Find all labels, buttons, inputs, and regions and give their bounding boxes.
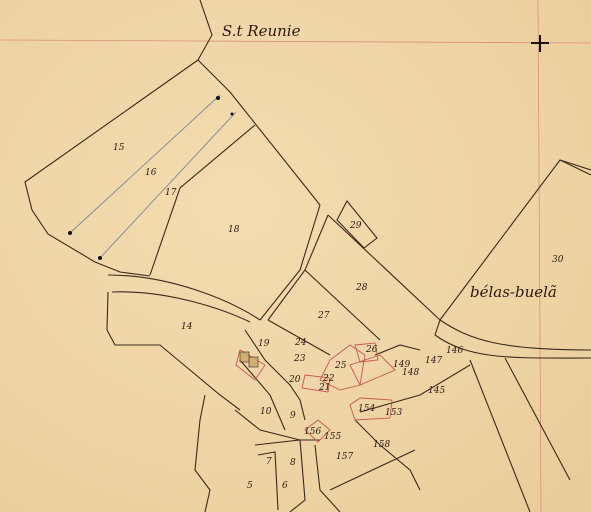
parcel-label[interactable]: 15 — [113, 143, 124, 153]
map-lines — [0, 0, 591, 512]
parcel-label[interactable]: 9 — [290, 411, 296, 421]
parcel-label[interactable]: 23 — [294, 354, 305, 364]
parcel-label[interactable]: 5 — [247, 481, 253, 491]
parcel-label[interactable]: 16 — [145, 168, 156, 178]
parcel-label[interactable]: 29 — [350, 221, 361, 231]
parcel-label[interactable]: 21 — [319, 383, 330, 393]
parcel-label[interactable]: 154 — [358, 404, 375, 414]
cadastral-map[interactable]: S.t Reunie bélas-buelã 15 16 17 18 29 28… — [0, 0, 591, 512]
parcel-label[interactable]: 157 — [336, 452, 353, 462]
parcel-label[interactable]: 20 — [289, 375, 300, 385]
parcel-label[interactable]: 146 — [446, 346, 463, 356]
parcel-label[interactable]: 10 — [260, 407, 271, 417]
parcel-label[interactable]: 8 — [290, 458, 296, 468]
parcel-label[interactable]: 7 — [266, 457, 272, 467]
parcel-label[interactable]: 155 — [324, 432, 341, 442]
parcel-label[interactable]: 153 — [385, 408, 402, 418]
parcel-label[interactable]: 24 — [295, 338, 306, 348]
parcel-label[interactable]: 17 — [165, 188, 176, 198]
parcel-label[interactable]: 26 — [366, 345, 377, 355]
parcel-label[interactable]: 156 — [304, 427, 321, 437]
parcel-label[interactable]: 145 — [428, 386, 445, 396]
parcel-label[interactable]: 14 — [181, 322, 192, 332]
parcel-label[interactable]: 18 — [228, 225, 239, 235]
parcel-label[interactable]: 30 — [552, 255, 563, 265]
parcel-label[interactable]: 149 — [393, 360, 410, 370]
place-name-st-reunie: S.t Reunie — [222, 22, 300, 40]
parcel-label[interactable]: 147 — [425, 356, 442, 366]
parcel-label[interactable]: 25 — [335, 361, 346, 371]
parcel-label[interactable]: 28 — [356, 283, 367, 293]
parcel-label[interactable]: 27 — [318, 311, 329, 321]
parcel-label[interactable]: 19 — [258, 339, 269, 349]
parcel-label[interactable]: 158 — [373, 440, 390, 450]
place-name-belas-buela: bélas-buelã — [470, 283, 557, 301]
parcel-label[interactable]: 6 — [282, 481, 288, 491]
